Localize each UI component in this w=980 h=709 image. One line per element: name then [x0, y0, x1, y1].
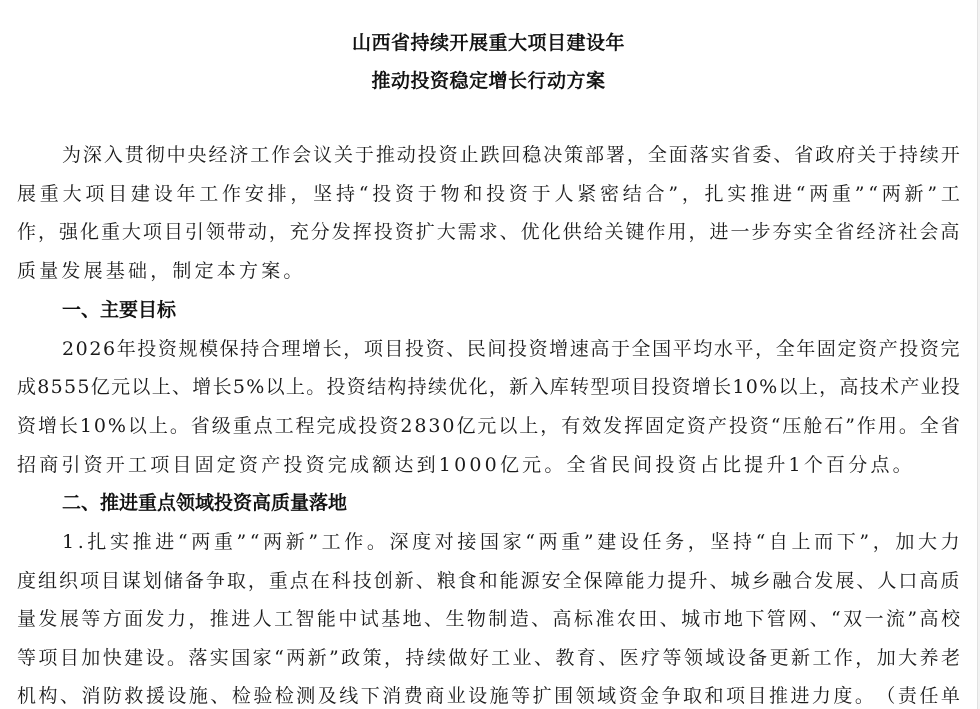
section1-paragraph-line: 招商引资开工项目固定资产投资完成额达到1000亿元。全省民间投资占比提升1个百分… — [17, 452, 960, 478]
section1-paragraph-line: 成8555亿元以上、增长5%以上。投资结构持续优化，新入库转型项目投资增长10%… — [17, 374, 960, 400]
section-heading-main-goals: 一、主要目标 — [62, 297, 176, 323]
section2-paragraph-line: 量发展等方面发力，推进人工智能中试基地、生物制造、高标准农田、城市地下管网、“双… — [17, 606, 960, 632]
section2-paragraph-line: 等项目加快建设。落实国家“两新”政策，持续做好工业、教育、医疗等领域设备更新工作… — [17, 645, 960, 671]
section2-paragraph-line: 度组织项目谋划储备争取，重点在科技创新、粮食和能源安全保障能力提升、城乡融合发展… — [17, 568, 960, 594]
section2-paragraph-line: 1.扎实推进“两重”“两新”工作。深度对接国家“两重”建设任务，坚持“自上而下”… — [62, 529, 960, 555]
intro-paragraph-line: 质量发展基础，制定本方案。 — [17, 258, 960, 284]
section1-paragraph-line: 2026年投资规模保持合理增长，项目投资、民间投资增速高于全国平均水平，全年固定… — [62, 336, 960, 362]
intro-paragraph-line: 作，强化重大项目引领带动，充分发挥投资扩大需求、优化供给关键作用，进一步夯实全省… — [17, 219, 960, 245]
section-heading-key-fields: 二、推进重点领域投资高质量落地 — [62, 490, 347, 516]
section1-paragraph-line: 资增长10%以上。省级重点工程完成投资2830亿元以上，有效发挥固定资产投资“压… — [17, 413, 960, 439]
document-title-line1: 山西省持续开展重大项目建设年 — [0, 28, 977, 55]
document-title-line2: 推动投资稳定增长行动方案 — [0, 66, 977, 93]
intro-paragraph-line: 为深入贯彻中央经济工作会议关于推动投资止跌回稳决策部署，全面落实省委、省政府关于… — [62, 142, 960, 168]
document-page: 山西省持续开展重大项目建设年 推动投资稳定增长行动方案 为深入贯彻中央经济工作会… — [0, 0, 977, 709]
section2-paragraph-line: 机构、消防救援设施、检验检测及线下消费商业设施等扩围领域资金争取和项目推进力度。… — [17, 683, 960, 709]
intro-paragraph-line: 展重大项目建设年工作安排，坚持“投资于物和投资于人紧密结合”，扎实推进“两重”“… — [17, 181, 960, 207]
